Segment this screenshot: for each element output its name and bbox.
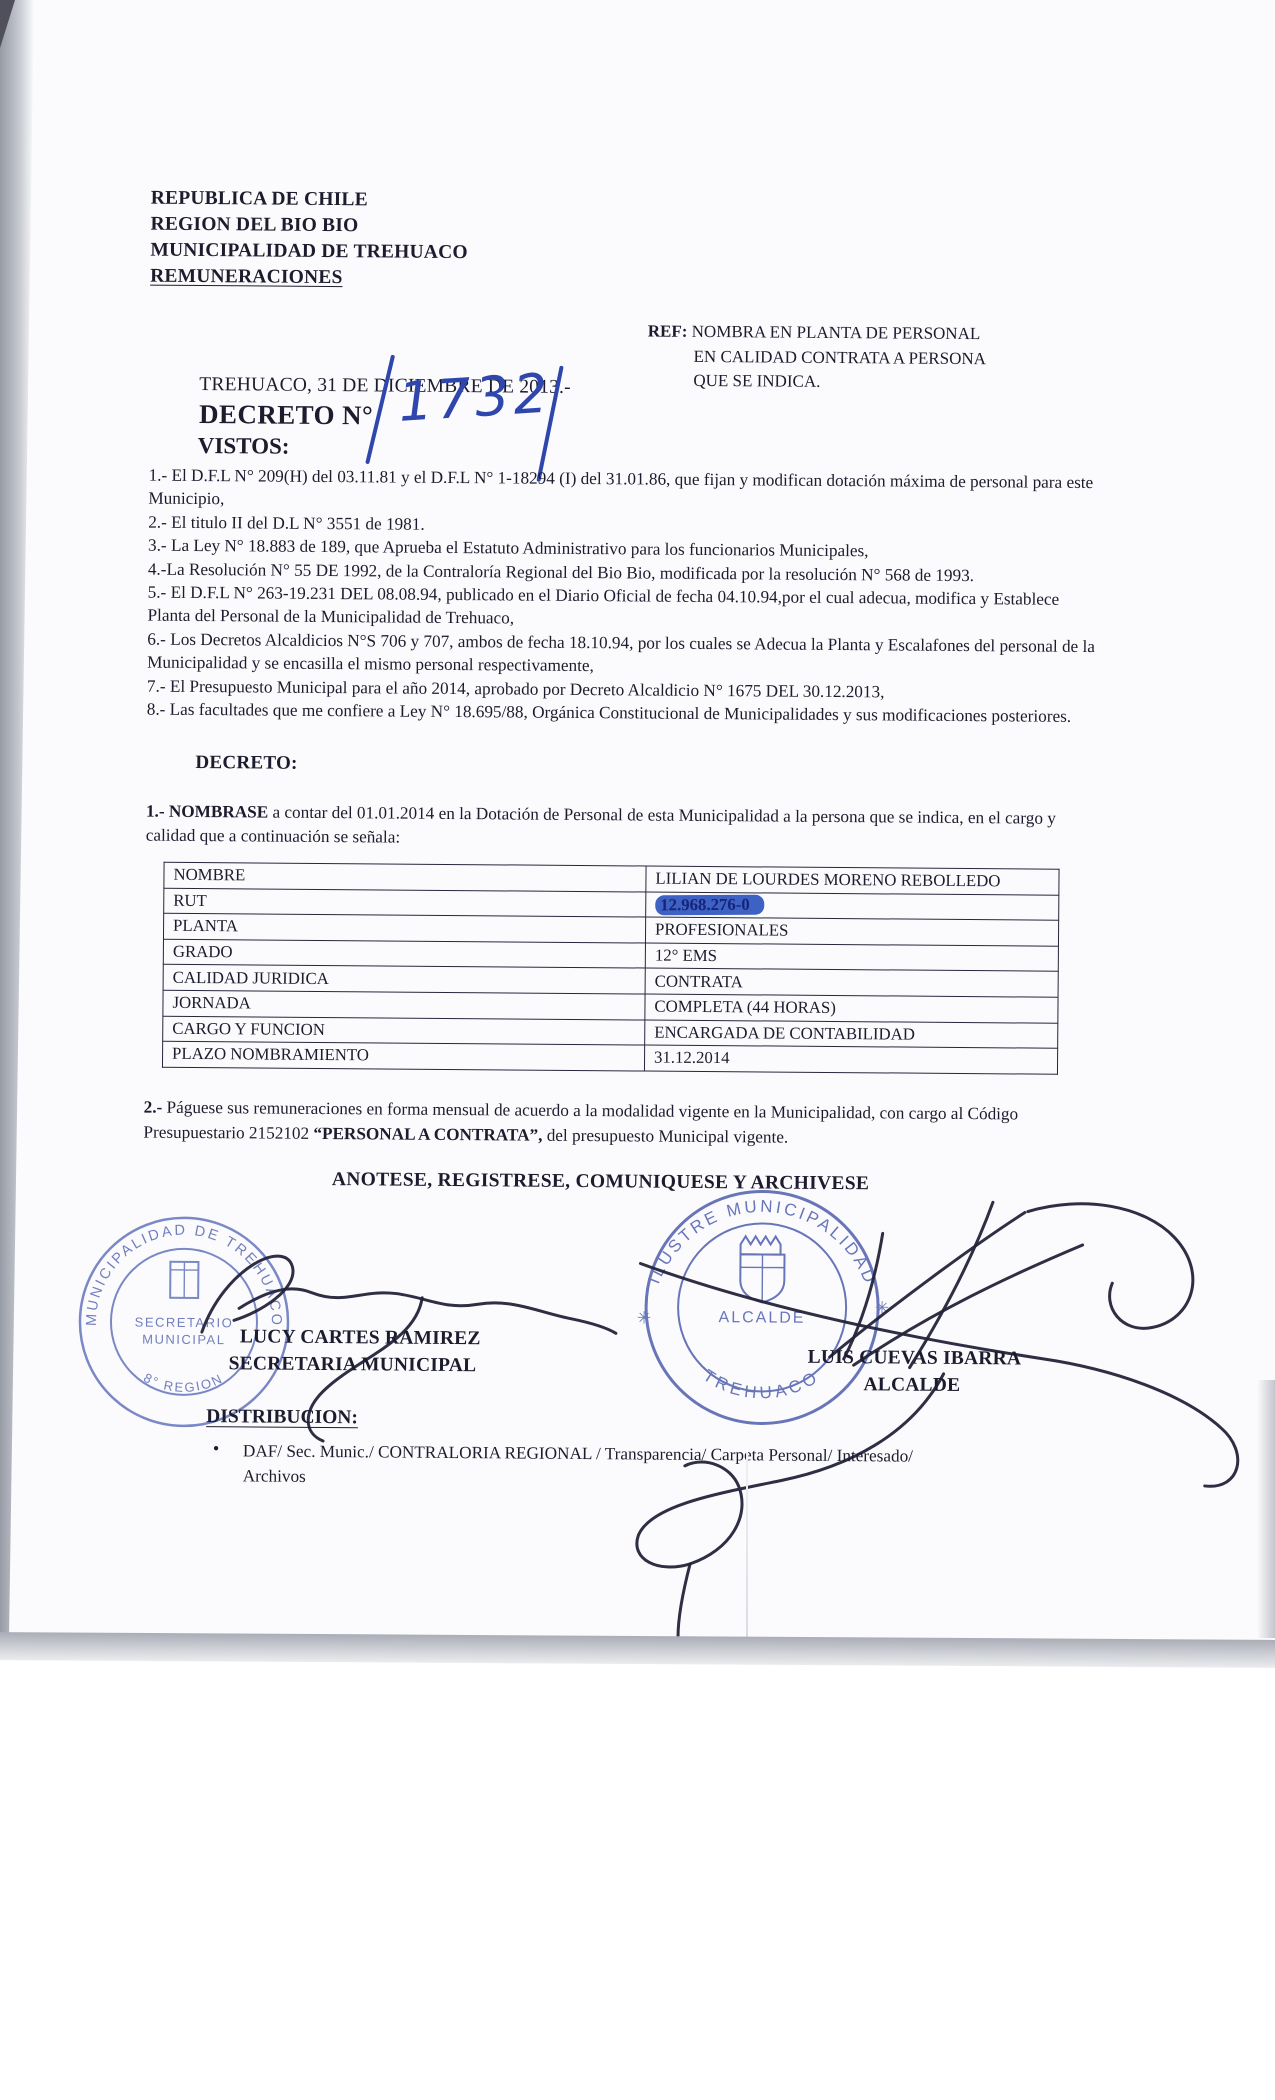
vistos-list: 1.- El D.F.L N° 209(H) del 03.11.81 y el…: [147, 464, 1107, 729]
secretaria-title: SECRETARIA MUNICIPAL: [229, 1353, 477, 1377]
paper-crease: [746, 1452, 748, 1638]
row-value: COMPLETA (44 HORAS): [645, 994, 1058, 1023]
stamp-star-right-icon: ✳: [875, 1298, 889, 1317]
row-value: ENCARGADA DE CONTABILIDAD: [645, 1020, 1058, 1049]
secretaria-name: LUCY CARTES RAMIREZ: [240, 1326, 481, 1350]
handwritten-decree-number: 1732: [396, 361, 553, 433]
vistos-item: 1.- El D.F.L N° 209(H) del 03.11.81 y el…: [148, 464, 1106, 518]
stamp-crest-icon: [740, 1236, 785, 1302]
article-1: 1.- NOMBRASE a contar del 01.01.2014 en …: [146, 800, 1104, 856]
svg-text:8° REGION: 8° REGION: [141, 1370, 226, 1395]
distribution-item: DAF/ Sec. Munic./ CONTRALORIA REGIONAL /…: [243, 1438, 923, 1493]
stamp-star-left-icon: ✳: [637, 1308, 651, 1327]
rut-redaction-highlight: 12.968.276-0: [655, 895, 764, 916]
row-label: JORNADA: [163, 990, 645, 1019]
article-1-text: a contar del 01.01.2014 en la Dotación d…: [146, 803, 1056, 847]
left-stamp-ring-top: MUNICIPALIDAD DE TREHUACO: [84, 1222, 285, 1328]
letterhead: REPUBLICA DE CHILE REGION DEL BIO BIO MU…: [150, 186, 468, 292]
letterhead-line: MUNICIPALIDAD DE TREHUACO: [150, 238, 468, 266]
scanned-decree-page: { "doc": { "header_lines": ["REPUBLICA D…: [0, 0, 1275, 2100]
alcalde-signature-scrawl: [636, 1199, 1240, 1656]
vistos-item: 5.- El D.F.L N° 263-19.231 DEL 08.08.94,…: [147, 581, 1105, 635]
right-stamp-center: ALCALDE: [718, 1309, 805, 1327]
row-label: CARGO Y FUNCION: [163, 1016, 645, 1045]
scan-right-edge: [1257, 1380, 1275, 1638]
alcalde-name: LUIS CUEVAS IBARRA: [808, 1347, 1022, 1371]
row-label: CALIDAD JURIDICA: [163, 965, 645, 994]
left-stamp-center1: SECRETARIO: [135, 1315, 234, 1331]
row-value: 31.12.2014: [644, 1045, 1057, 1074]
stamp-crest-icon: [170, 1262, 198, 1298]
vistos-item: 6.- Los Decretos Alcaldicios N°S 706 y 7…: [147, 627, 1105, 681]
vistos-heading: VISTOS:: [198, 433, 290, 460]
row-value: CONTRATA: [645, 968, 1058, 997]
alcalde-title: ALCALDE: [863, 1374, 960, 1397]
row-value: LILIAN DE LOURDES MORENO REBOLLEDO: [646, 866, 1059, 895]
article-2: 2.- Páguese sus remuneraciones en forma …: [143, 1096, 1101, 1153]
letterhead-line: REPUBLICA DE CHILE: [151, 186, 469, 214]
decree-number-label: DECRETO N°: [199, 399, 373, 431]
article-1-lead: 1.- NOMBRASE: [146, 802, 268, 822]
svg-text:TREHUACO: TREHUACO: [700, 1366, 824, 1403]
row-value: PROFESIONALES: [645, 917, 1058, 946]
letterhead-line: REGION DEL BIO BIO: [150, 212, 468, 240]
left-stamp-ring-bottom: 8° REGION: [141, 1370, 226, 1395]
alcalde-stamp: ILUSTRE MUNICIPALIDAD TREHUACO ALCALDE ✳…: [636, 1190, 890, 1424]
ref-label: REF:: [648, 322, 688, 341]
row-value: 12.968.276-0: [646, 892, 1059, 921]
left-stamp-center2: MUNICIPAL: [142, 1332, 225, 1348]
article-2-lead: 2.-: [144, 1098, 163, 1117]
right-stamp-ring-top: ILUSTRE MUNICIPALIDAD: [644, 1196, 881, 1288]
ref-block: REF: NOMBRA EN PLANTA DE PERSONAL EN CAL…: [647, 320, 1028, 396]
secretaria-municipal-stamp: MUNICIPALIDAD DE TREHUACO 8° REGION SECR…: [79, 1217, 289, 1427]
ref-line2: EN CALIDAD CONTRATA A PERSONA: [647, 344, 1027, 371]
article-2-text2: del presupuesto Municipal vigente.: [542, 1125, 788, 1146]
closing-formula: ANOTESE, REGISTRESE, COMUNIQUESE Y ARCHI…: [43, 1167, 1158, 1198]
distribution-heading: DISTRIBUCION:: [206, 1406, 358, 1429]
row-label: RUT: [164, 888, 646, 917]
right-stamp-ring-bottom: TREHUACO: [700, 1366, 824, 1403]
bullet-icon: •: [213, 1438, 219, 1459]
row-value: 12° EMS: [645, 943, 1058, 972]
letterhead-line-underlined: REMUNERACIONES: [150, 264, 468, 292]
appointment-table: NOMBRELILIAN DE LOURDES MORENO REBOLLEDO…: [162, 862, 1060, 1075]
row-label: PLAZO NOMBRAMIENTO: [162, 1041, 644, 1070]
ref-line3: QUE SE INDICA.: [647, 369, 1027, 396]
row-label: GRADO: [163, 939, 645, 968]
svg-text:MUNICIPALIDAD DE TREHUACO: MUNICIPALIDAD DE TREHUACO: [84, 1222, 285, 1328]
ref-line1-text: NOMBRA EN PLANTA DE PERSONAL: [687, 322, 980, 343]
row-label: PLANTA: [163, 913, 645, 942]
decreto-heading: DECRETO:: [195, 752, 298, 775]
ref-line1: REF: NOMBRA EN PLANTA DE PERSONAL: [648, 320, 1028, 347]
article-2-bold: “PERSONAL A CONTRATA”,: [313, 1123, 542, 1144]
svg-text:ILUSTRE MUNICIPALIDAD: ILUSTRE MUNICIPALIDAD: [644, 1196, 881, 1288]
row-label: NOMBRE: [164, 862, 646, 891]
decree-document: REPUBLICA DE CHILE REGION DEL BIO BIO MU…: [0, 0, 1275, 1658]
